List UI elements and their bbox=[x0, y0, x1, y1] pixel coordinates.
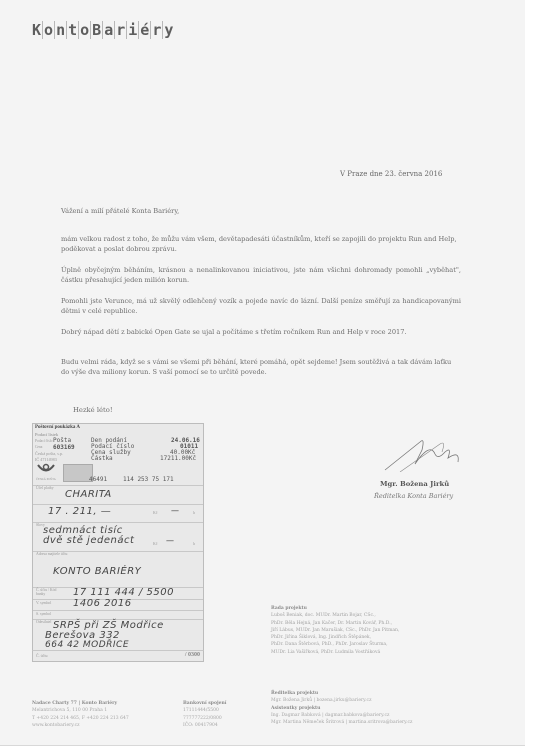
footer-org-phone: T +420 224 214 465, F +420 224 213 647 bbox=[32, 715, 129, 722]
footer-org-heading: Nadace Charty 77 | Konto Bariéry bbox=[32, 700, 129, 707]
receipt-bottom-row: Č. účtu / 0300 bbox=[32, 650, 204, 662]
label-h: h bbox=[193, 511, 195, 515]
divider bbox=[33, 504, 203, 505]
footer-organization: Nadace Charty 77 | Konto Bariéry Melantr… bbox=[32, 700, 129, 729]
stamp-label-castka: Částka bbox=[91, 455, 113, 462]
paragraph-5: Budu velmi ráda, když se s vámi se všemi… bbox=[61, 357, 461, 377]
handwritten-v-symbol: 1406 2016 bbox=[73, 598, 132, 609]
label-cena: Cena bbox=[35, 445, 42, 449]
board-heading: Rada projektu bbox=[271, 605, 399, 612]
label-h-words: h bbox=[193, 542, 195, 546]
label-cislo-uctu-bottom: Č. účtu bbox=[36, 653, 48, 658]
footer-bank-line: 777777222/0800 bbox=[183, 715, 226, 722]
footer-org-website[interactable]: www.kontobariery.cz bbox=[32, 722, 129, 729]
board-line: PhDr. Dana Štěrbová, PhD., PhDr. Jarosla… bbox=[271, 641, 399, 648]
label-ceska-posta: Česká pošta, s.p. bbox=[35, 451, 63, 456]
letter-date: V Praze dne 23. června 2016 bbox=[340, 170, 442, 178]
closing: Hezké léto! bbox=[73, 406, 113, 414]
label-odesilatel: Odesilatel bbox=[36, 620, 51, 624]
handwritten-words-h: — bbox=[166, 536, 175, 545]
letter-page: K o n t o B a r i é r y V Praze dne 23. … bbox=[0, 0, 525, 746]
footer-bank-line: IČO: 00417904 bbox=[183, 722, 226, 729]
postal-receipt: Poštovní poukázka A Podací lístek Podací… bbox=[32, 423, 204, 652]
posta-number: 603169 bbox=[53, 444, 75, 451]
paragraph-4: Dobrý nápad dětí z babické Open Gate se … bbox=[61, 327, 461, 337]
label-cislo-uctu: Č. účtu / Kód banky bbox=[36, 588, 62, 596]
handwritten-purpose: CHARITA bbox=[65, 489, 112, 500]
footer-director-heading: Ředitelka projektu bbox=[271, 690, 412, 697]
footer-project-contacts: Ředitelka projektu Mgr. Božena Jirků | b… bbox=[271, 690, 412, 726]
board-line: Jiří Lábus, MUDr. Jan Marušiak, CSc., Ph… bbox=[271, 627, 399, 634]
label-s-symbol: S. symbol bbox=[36, 612, 51, 616]
footer-bank-heading: Bankovní spojení bbox=[183, 700, 226, 707]
paragraph-3: Pomohli jste Verunce, má už skvělý odleh… bbox=[61, 296, 461, 316]
code-line-left: 46491 bbox=[89, 476, 107, 483]
paragraph-1: mám velkou radost z toho, že můžu vám vš… bbox=[61, 234, 461, 254]
label-v-symbol: V. symbol bbox=[36, 601, 51, 605]
ceska-posta-horn-icon bbox=[36, 462, 56, 476]
footer-director-contact[interactable]: Mgr. Božena Jirků | bozena.jirku@bariery… bbox=[271, 697, 412, 704]
stamp-value-castka: 17211.00Kč bbox=[160, 455, 196, 462]
signer-name: Mgr. Božena Jirků bbox=[380, 480, 449, 488]
handwritten-amount: 17 . 211, — bbox=[48, 506, 111, 517]
divider bbox=[33, 522, 203, 523]
board-line: PhDr. Jiřina Šiklová, Ing. Jindřich Štěp… bbox=[271, 634, 399, 641]
handwritten-words-line-2: dvě stě jedenáct bbox=[43, 535, 134, 546]
bottom-account-suffix: / 0300 bbox=[185, 652, 200, 658]
ceska-posta-label: ČESKÁ POŠTA bbox=[36, 477, 56, 481]
board-line: PhDr. Běla Hejná, Jan Kačer, Dr. Martin … bbox=[271, 620, 399, 627]
posta-label: Pošta bbox=[53, 437, 71, 444]
divider bbox=[33, 610, 203, 611]
divider bbox=[33, 485, 203, 486]
footer-bank-line: 17111444/5500 bbox=[183, 707, 226, 714]
label-podaci-cislo: Podací číslo bbox=[35, 439, 52, 443]
handwritten-signature-icon bbox=[380, 432, 470, 472]
footer-assistants-heading: Asistentky projektu bbox=[271, 705, 412, 712]
handwritten-recipient: KONTO BARIÉRY bbox=[53, 566, 141, 577]
receipt-title: Poštovní poukázka A bbox=[35, 425, 80, 430]
label-adresa: Adresa majitele účtu bbox=[36, 552, 67, 556]
code-line-right: 114 253 75 171 bbox=[123, 476, 174, 483]
signer-role: Ředitelka Konta Bariéry bbox=[374, 492, 453, 500]
label-ucel-platby: Účel platby bbox=[36, 486, 54, 490]
footer-bank: Bankovní spojení 17111444/5500 777777222… bbox=[183, 700, 226, 729]
konto-bariery-logo: K o n t o B a r i é r y bbox=[31, 21, 174, 39]
handwritten-account: 17 111 444 / 5500 bbox=[73, 587, 174, 598]
salutation: Vážení a milí přátelé Konta Bariéry, bbox=[61, 206, 461, 216]
paragraph-2: Úplně obyčejným běháním, krásnou a nenal… bbox=[61, 265, 461, 285]
footer-org-address: Melantrichova 5, 110 00 Praha 1 bbox=[32, 707, 129, 714]
label-kc-words: Kč bbox=[153, 542, 157, 546]
footer-assistant-contact[interactable]: Ing. Dagmar Babková | dagmar.babkova@bar… bbox=[271, 712, 412, 719]
label-kc: Kč bbox=[153, 511, 157, 515]
handwritten-sender-line-3: 664 42 MODŘICE bbox=[45, 640, 129, 650]
handwritten-amount-h: — bbox=[171, 506, 180, 515]
project-board: Rada projektu Luboš Beniak, doc. MUDr. M… bbox=[271, 605, 399, 656]
board-line: MUDr. Lia Vašířková, PhDr. Ludmila Vostř… bbox=[271, 649, 399, 656]
footer-assistant-contact[interactable]: Mgr. Martina Němeček Šritrová | martina.… bbox=[271, 719, 412, 726]
board-line: Luboš Beniak, doc. MUDr. Martin Bojar, C… bbox=[271, 612, 399, 619]
